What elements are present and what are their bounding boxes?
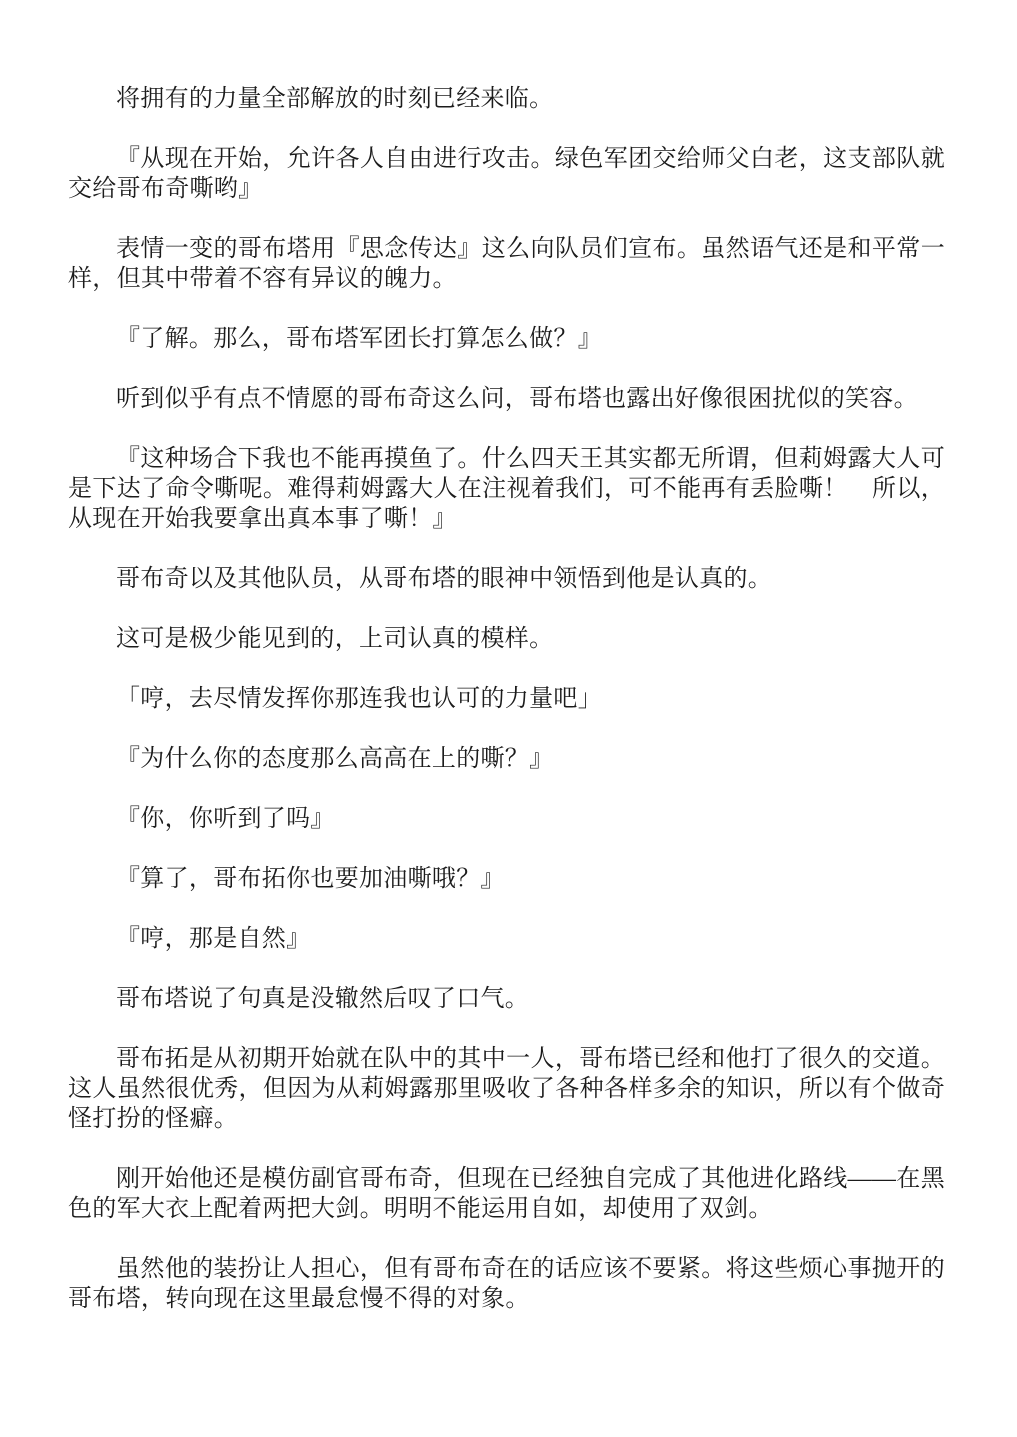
- paragraph-narration-9: 虽然他的装扮让人担心，但有哥布奇在的话应该不要紧。将这些烦心事抛开的哥布塔，转向…: [68, 1254, 945, 1314]
- paragraph-narration-8: 刚开始他还是模仿副官哥布奇，但现在已经独自完成了其他进化路线——在黑色的军大衣上…: [68, 1164, 945, 1224]
- paragraph-dialogue-6: 『你，你听到了吗』: [68, 804, 945, 834]
- paragraph-narration-6: 哥布塔说了句真是没辙然后叹了口气。: [68, 984, 945, 1014]
- paragraph-dialogue-3: 『这种场合下我也不能再摸鱼了。什么四天王其实都无所谓，但莉姆露大人可是下达了命令…: [68, 444, 945, 534]
- paragraph-narration-4: 哥布奇以及其他队员，从哥布塔的眼神中领悟到他是认真的。: [68, 564, 945, 594]
- document-page: 将拥有的力量全部解放的时刻已经来临。 『从现在开始，允许各人自由进行攻击。绿色军…: [0, 0, 1017, 1437]
- paragraph-narration-3: 听到似乎有点不情愿的哥布奇这么问，哥布塔也露出好像很困扰似的笑容。: [68, 384, 945, 414]
- paragraph-dialogue-5: 『为什么你的态度那么高高在上的嘶？』: [68, 744, 945, 774]
- paragraph-dialogue-4: 「哼，去尽情发挥你那连我也认可的力量吧」: [68, 684, 945, 714]
- paragraph-dialogue-2: 『了解。那么，哥布塔军团长打算怎么做？』: [68, 324, 945, 354]
- paragraph-dialogue-1: 『从现在开始，允许各人自由进行攻击。绿色军团交给师父白老，这支部队就交给哥布奇嘶…: [68, 144, 945, 204]
- paragraph-narration-7: 哥布拓是从初期开始就在队中的其中一人，哥布塔已经和他打了很久的交道。这人虽然很优…: [68, 1044, 945, 1134]
- paragraph-narration-5: 这可是极少能见到的，上司认真的模样。: [68, 624, 945, 654]
- paragraph-dialogue-8: 『哼，那是自然』: [68, 924, 945, 954]
- paragraph-narration-2: 表情一变的哥布塔用『思念传达』这么向队员们宣布。虽然语气还是和平常一样，但其中带…: [68, 234, 945, 294]
- paragraph-narration-1: 将拥有的力量全部解放的时刻已经来临。: [68, 84, 945, 114]
- paragraph-dialogue-7: 『算了，哥布拓你也要加油嘶哦？』: [68, 864, 945, 894]
